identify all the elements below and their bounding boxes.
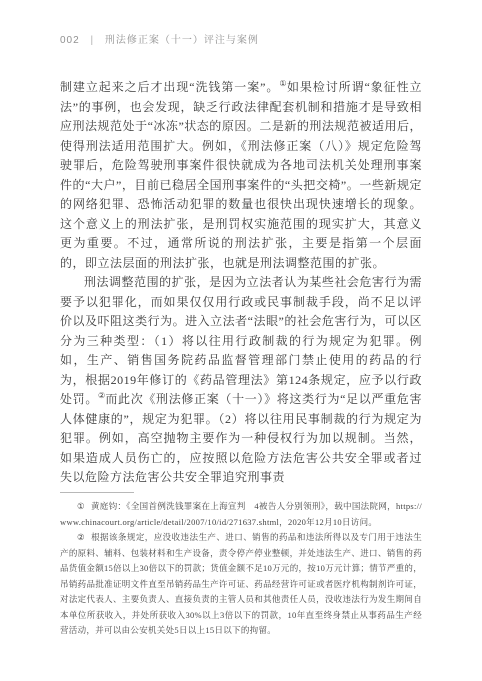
footnote-separator-line	[60, 492, 134, 493]
footnote-marker: ②	[77, 532, 85, 542]
book-page: 002 | 刑法修正案（十一）评注与案例 制建立起来之后才出现“洗钱第一案”。①…	[0, 0, 482, 681]
running-header: 002 | 刑法修正案（十一）评注与案例	[60, 31, 422, 46]
footnote-marker: ①	[77, 501, 85, 511]
paragraph: 制建立起来之后才出现“洗钱第一案”。①如果检讨所谓“象征性立法”的事例，也会发现…	[60, 78, 422, 273]
text-segment: 刑法调整范围的扩张，是因为立法者认为某些社会危害行为需要予以犯罪化，而如果仅仅用…	[60, 275, 422, 406]
header-separator: |	[90, 35, 94, 46]
text-segment: 如果检讨所谓“象征性立法”的事例，也会发现，缺乏行政法律配套机制和措施才是导致相…	[60, 80, 422, 270]
footnote-text: 根据该条规定，应没收违法生产、进口、销售的药品和违法所得以及专门用于违法生产的原…	[60, 532, 422, 635]
footnote-text: 黄庭钧：《全国首例洗钱罪案在上海宣判 4被告人分别领刑》，载中国法院网，http…	[60, 501, 422, 527]
text-segment: 制建立起来之后才出现“洗钱第一案”。	[60, 80, 279, 94]
text-segment: 而此次《刑法修正案（十一）》将这类行为“足以严重危害人体健康的”，规定为犯罪。（…	[60, 392, 422, 484]
paragraph: 刑法调整范围的扩张，是因为立法者认为某些社会危害行为需要予以犯罪化，而如果仅仅用…	[60, 273, 422, 488]
footnote-ref: ①	[279, 79, 287, 88]
footnotes: ①黄庭钧：《全国首例洗钱罪案在上海宣判 4被告人分别领刑》，载中国法院网，htt…	[60, 499, 422, 639]
body-text: 制建立起来之后才出现“洗钱第一案”。①如果检讨所谓“象征性立法”的事例，也会发现…	[60, 78, 422, 488]
footnote-item: ②根据该条规定，应没收违法生产、进口、销售的药品和违法所得以及专门用于违法生产的…	[60, 530, 422, 639]
footnote-item: ①黄庭钧：《全国首例洗钱罪案在上海宣判 4被告人分别领刑》，载中国法院网，htt…	[60, 499, 422, 530]
page-number: 002	[60, 35, 80, 46]
book-title: 刑法修正案（十一）评注与案例	[105, 35, 259, 46]
